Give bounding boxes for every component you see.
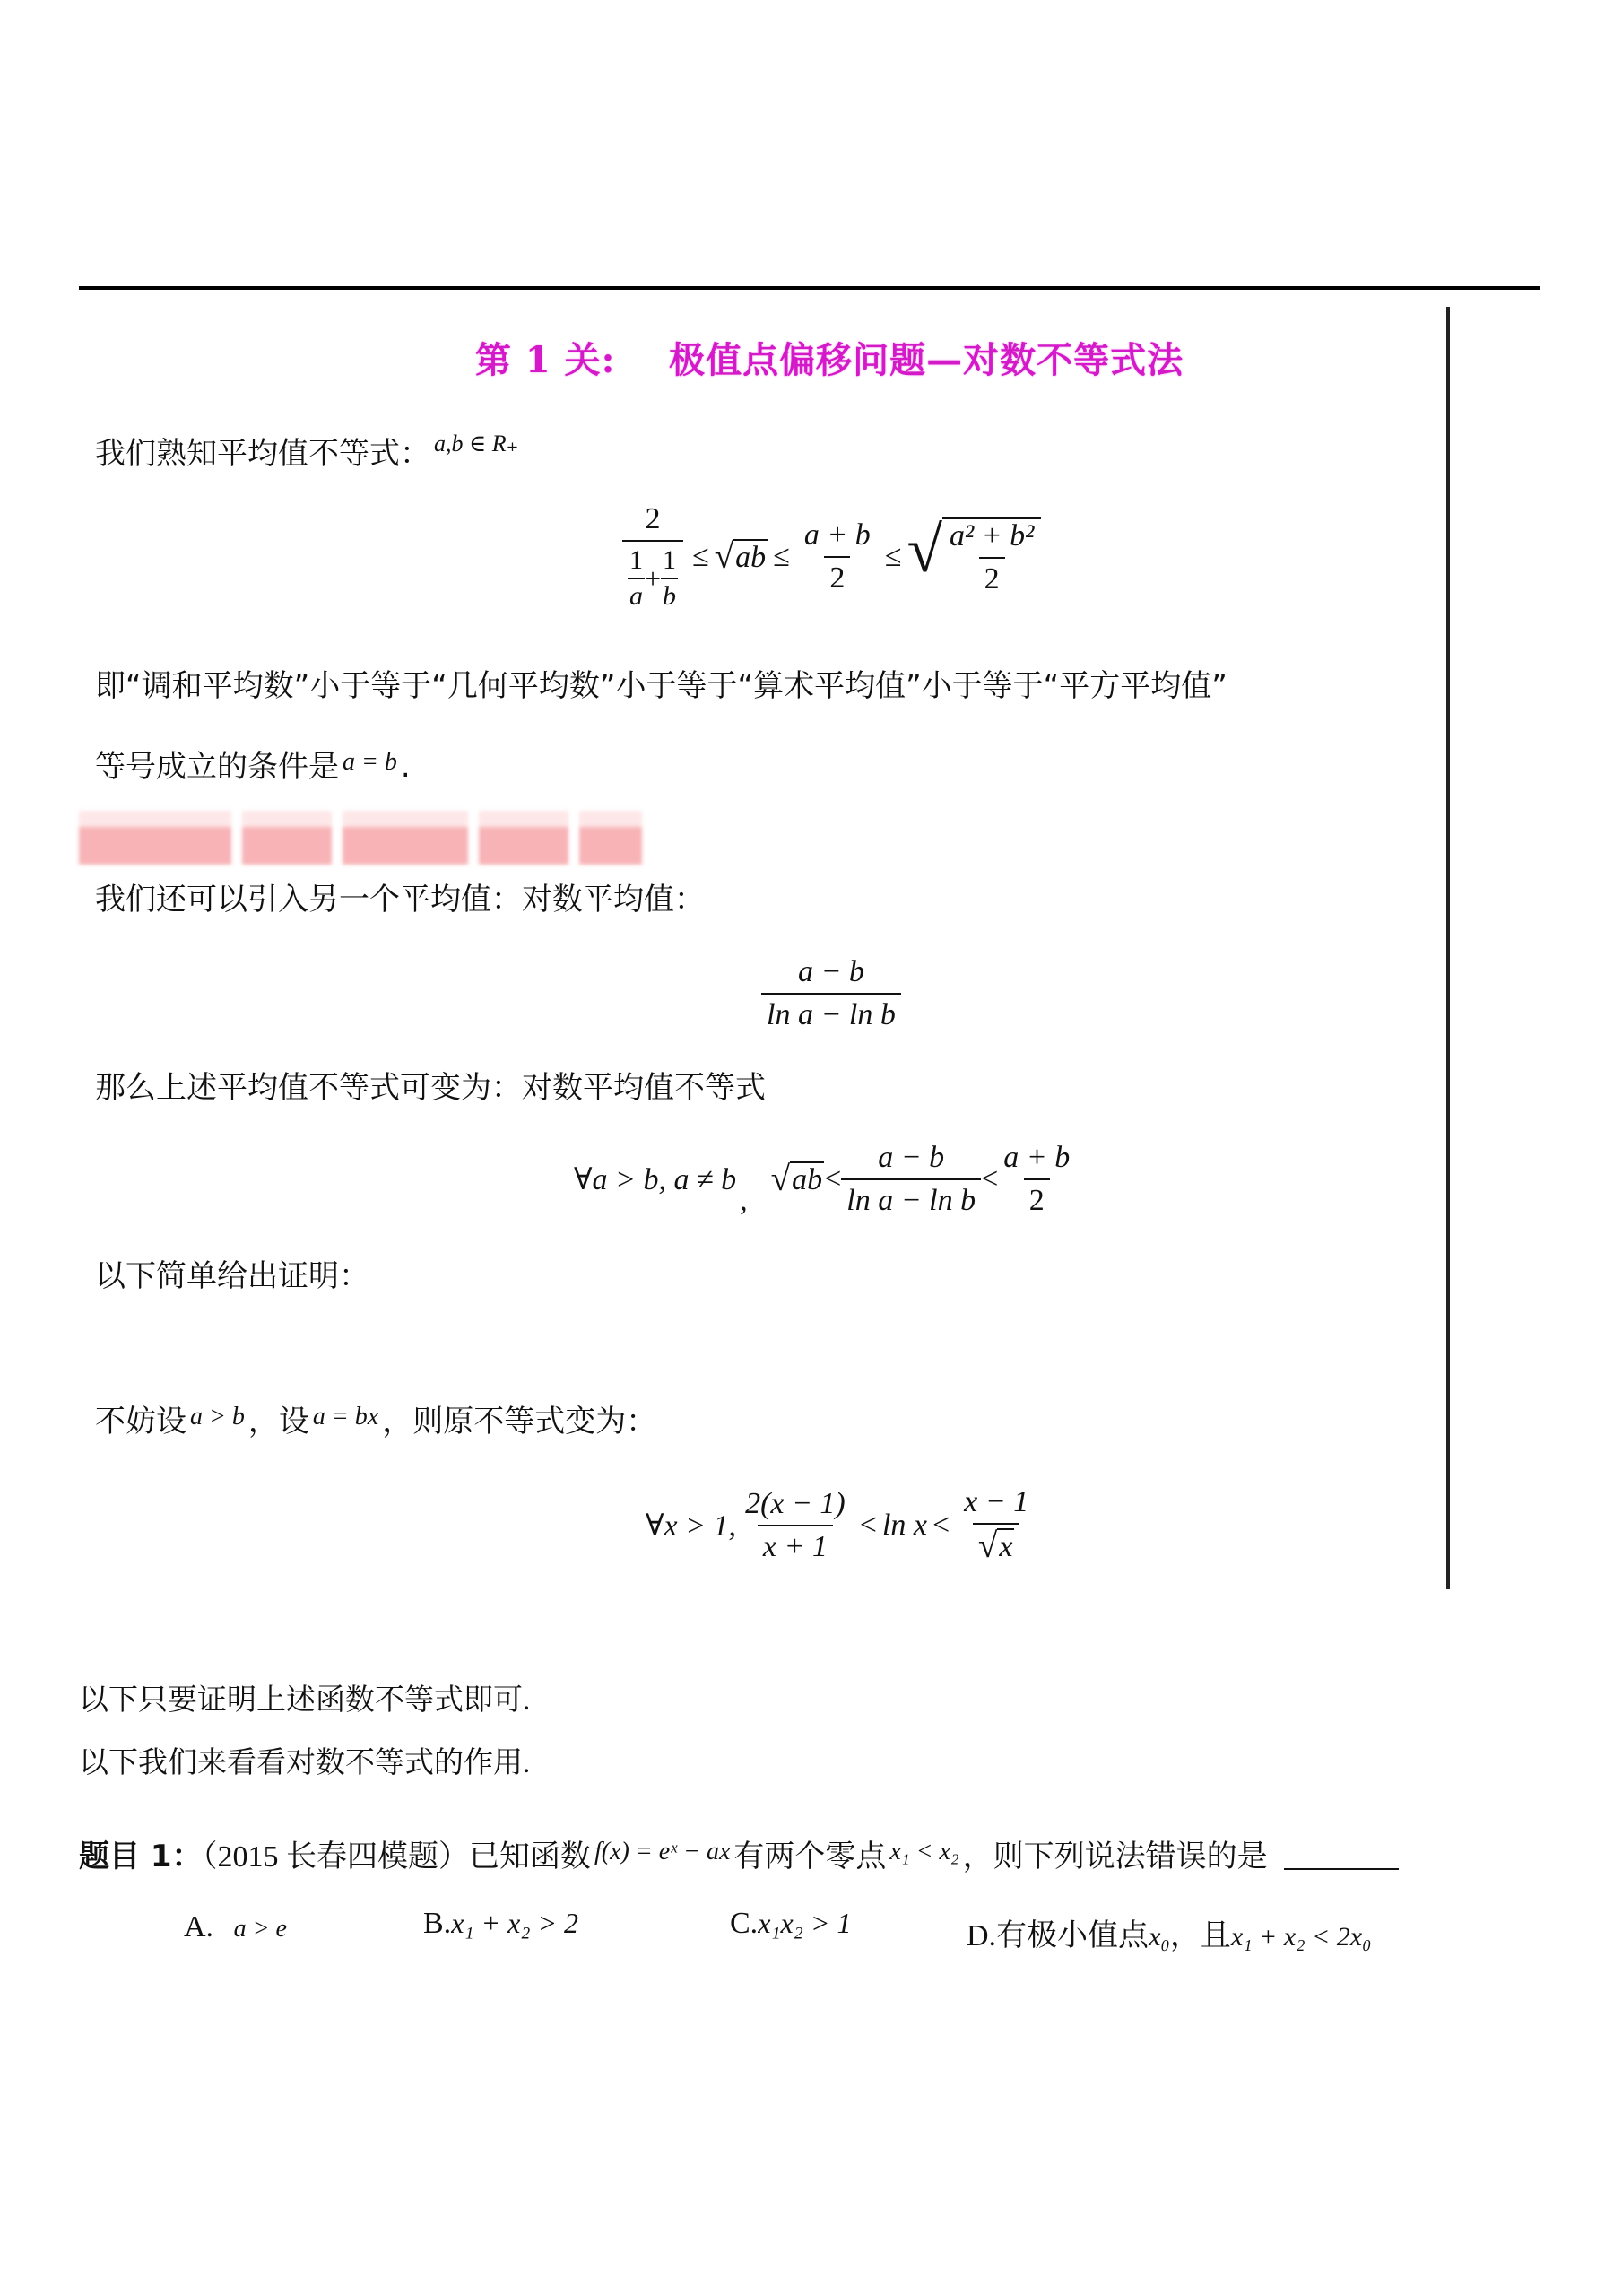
mean-comparison-text: 即“调和平均数”小于等于“几何平均数”小于等于“算术平均值”小于等于“平方平均值… bbox=[95, 671, 1227, 701]
log-inequality-intro: 那么上述平均值不等式可变为：对数平均值不等式 bbox=[95, 1073, 766, 1103]
page-title: 第 1 关: 极值点偏移问题—对数不等式法 bbox=[475, 332, 1184, 383]
application-remark: 以下我们来看看对数不等式的作用. bbox=[79, 1749, 530, 1779]
margin-rule bbox=[1446, 307, 1450, 1589]
question-1: 题目 1：（2015 长春四模题）已知函数f(x) = eˣ − ax有两个零点… bbox=[79, 1831, 1399, 1875]
function-inequality: ∀x > 1, 2(x − 1) x + 1 < ln x < x − 1 √x bbox=[646, 1485, 1037, 1565]
intro-text: 我们熟知平均值不等式： bbox=[95, 436, 430, 472]
harmonic-mean: 2 1 a + 1 b bbox=[622, 502, 683, 612]
proof-remark: 以下只要证明上述函数不等式即可. bbox=[79, 1686, 530, 1716]
substitution-text: 不妨设a > b，设a = bx，则原不等式变为： bbox=[95, 1405, 656, 1437]
option-c[interactable]: C.x₁x₂ > 1 bbox=[730, 1907, 851, 1941]
header-rule bbox=[79, 286, 1540, 290]
log-mean-intro: 我们还可以引入另一个平均值：对数平均值： bbox=[95, 884, 705, 915]
question-label: 题目 1： bbox=[79, 1839, 203, 1874]
log-mean-formula: a − b ln a − ln b bbox=[758, 955, 905, 1032]
option-a[interactable]: A. a > e bbox=[184, 1910, 287, 1944]
quadratic-mean: √ a² + b² 2 bbox=[906, 517, 1041, 596]
option-d[interactable]: D.有极小值点x₀，且x₁ + x₂ < 2x₀ bbox=[967, 1910, 1372, 1954]
arithmetic-mean: a + b 2 bbox=[799, 518, 876, 596]
redacted-watermark bbox=[79, 811, 724, 865]
mean-inequality-formula: 2 1 a + 1 b ≤ √ab ≤ a + b 2 ≤ √ a² + b² … bbox=[619, 502, 1041, 612]
log-mean-inequality: ∀a > b, a ≠ b , √ab < a − b ln a − ln b … bbox=[574, 1141, 1075, 1218]
intro-paragraph: 我们熟知平均值不等式：a,b ∈ R₊ bbox=[95, 432, 522, 469]
geometric-mean: √ab bbox=[715, 539, 768, 575]
option-b[interactable]: B.x₁ + x₂ > 2 bbox=[423, 1907, 578, 1941]
intro-math: a,b ∈ R₊ bbox=[434, 430, 518, 457]
equality-condition: 等号成立的条件是a = b. bbox=[95, 750, 411, 782]
proof-intro: 以下简单给出证明： bbox=[95, 1261, 369, 1291]
answer-blank[interactable] bbox=[1284, 1868, 1399, 1870]
